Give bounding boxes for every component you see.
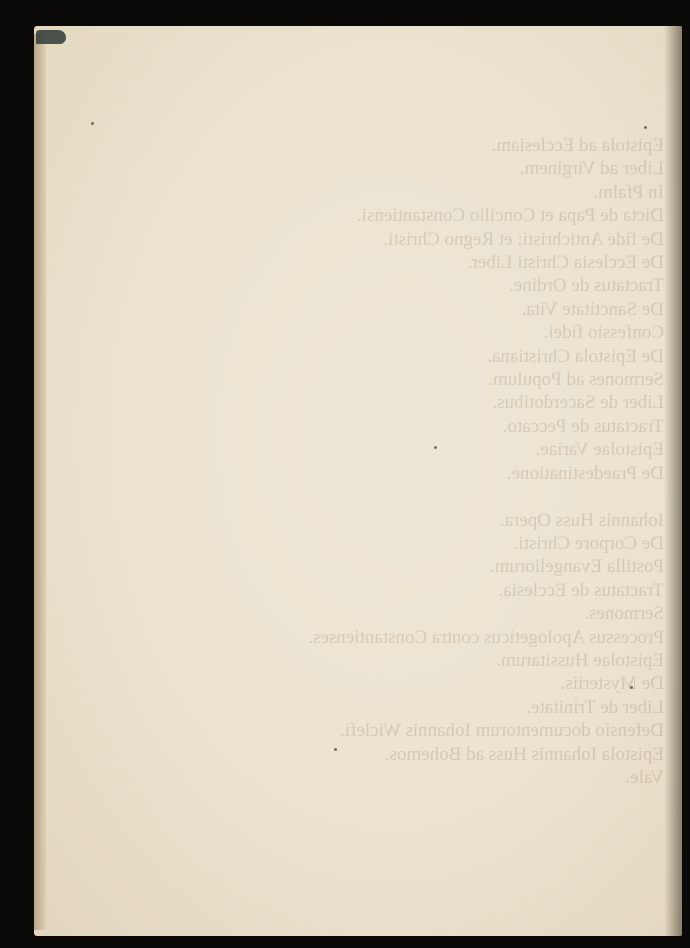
bleed-line: Postilla Evangeliorum. xyxy=(174,555,664,578)
show-through-text: Epistola ad Ecclesiam. Liber ad Virginem… xyxy=(174,134,664,789)
bleed-line: Liber de Sacerdotibus. xyxy=(174,391,664,414)
bleed-line: Sermones ad Populum. xyxy=(174,368,664,391)
bleed-line: Tractatus de Ordine. xyxy=(174,274,664,297)
bleed-line: Tractatus de Peccato. xyxy=(174,415,664,438)
bleed-line: Epistola Iohannis Huss ad Bohemos. xyxy=(174,743,664,766)
bleed-line: De Praedestinatione. xyxy=(174,462,664,485)
bleed-line: De Ecclesia Christi Liber. xyxy=(174,251,664,274)
bleed-line: In Pfalm. xyxy=(174,181,664,204)
ink-speck xyxy=(434,446,437,449)
bleed-line: Vale. xyxy=(174,766,664,789)
bleed-line xyxy=(174,485,664,508)
ink-speck xyxy=(91,122,94,125)
bleed-line: Dicta de Papa et Concilio Constantiensi. xyxy=(174,204,664,227)
book-page: Epistola ad Ecclesiam. Liber ad Virginem… xyxy=(34,26,682,936)
ink-speck xyxy=(644,126,647,129)
bleed-line: Tractatus de Ecclesia. xyxy=(174,579,664,602)
bleed-line: Liber ad Virginem. xyxy=(174,157,664,180)
bleed-line: De Corpore Christi. xyxy=(174,532,664,555)
bleed-line: De Epistola Christiana. xyxy=(174,345,664,368)
bleed-line: De Mysteriis. xyxy=(174,672,664,695)
bleed-line: Epistolae Hussitarum. xyxy=(174,649,664,672)
bleed-line: Epistola ad Ecclesiam. xyxy=(174,134,664,157)
bleed-line: Sermones. xyxy=(174,602,664,625)
ink-speck xyxy=(334,748,337,751)
bleed-line: Defensio documentorum Iohannis Wiclefi. xyxy=(174,719,664,742)
bleed-line: De fide Antichristi; et Regno Christi. xyxy=(174,228,664,251)
bleed-line: Epistolae Variae. xyxy=(174,438,664,461)
bleed-line: Processus Apologeticus contra Constantie… xyxy=(174,626,664,649)
corner-stain xyxy=(36,30,66,44)
page-edge xyxy=(34,34,46,930)
ink-speck xyxy=(630,686,633,689)
bleed-line: Iohannis Huss Opera. xyxy=(174,509,664,532)
gutter-shadow xyxy=(664,26,682,936)
bleed-line: De Sanctitate Vita. xyxy=(174,298,664,321)
bleed-line: Liber de Trinitate. xyxy=(174,696,664,719)
bleed-line: Confessio fidei. xyxy=(174,321,664,344)
